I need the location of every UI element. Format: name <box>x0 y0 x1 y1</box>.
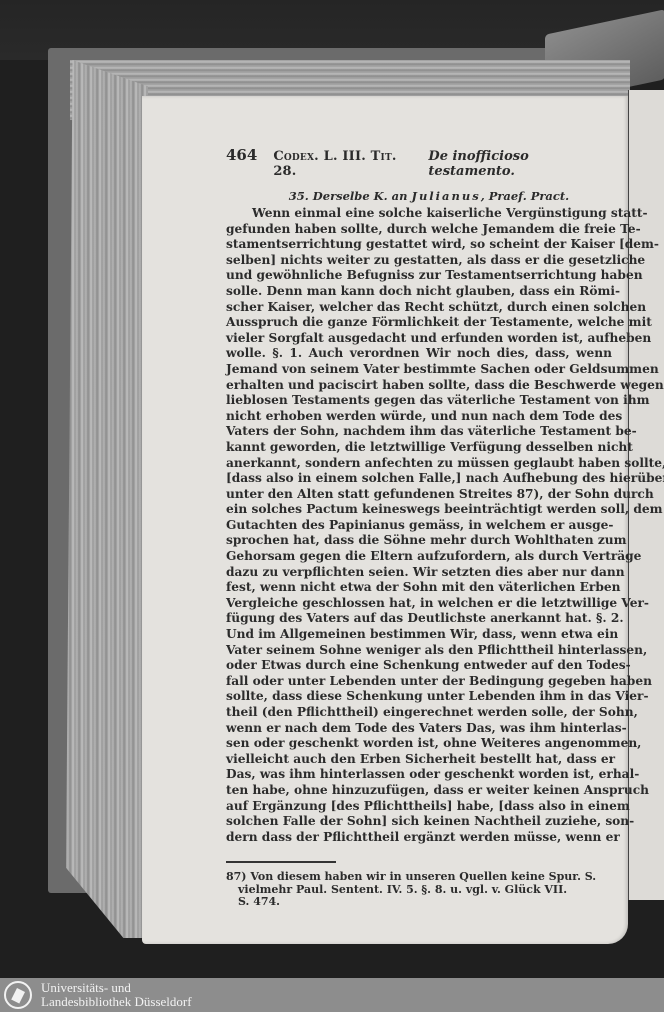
text-line: lieblosen Testaments gegen das väterlich… <box>226 393 612 409</box>
text-line: sprochen hat, dass die Söhne mehr durch … <box>226 533 612 549</box>
page-number: 464 <box>226 146 257 164</box>
text-line: Vaters der Sohn, nachdem ihm das väterli… <box>226 424 612 440</box>
text-line: Vater seinem Sohne weniger als den Pflic… <box>226 643 612 659</box>
text-line: theil (den Pflichttheil) eingerechnet we… <box>226 705 612 721</box>
running-head: 464 Codex. L. III. Tit. 28. De inofficio… <box>226 146 612 179</box>
text-line: Jemand von seinem Vater bestimmte Sachen… <box>226 362 612 378</box>
section-title-suffix: , Praef. Pract. <box>481 189 570 203</box>
text-line: oder Etwas durch eine Schenkung entweder… <box>226 658 612 674</box>
text-line: selben] nichts weiter zu gestatten, als … <box>226 253 612 269</box>
text-line: Das, was ihm hinterlassen oder geschenkt… <box>226 767 612 783</box>
library-name-line2: Landesbibliothek Düsseldorf <box>41 995 192 1009</box>
codex-reference: Codex. L. III. Tit. 28. <box>273 149 418 179</box>
text-line: ein solches Pactum keineswegs beeinträch… <box>226 502 612 518</box>
text-line: und gewöhnliche Befugniss zur Testaments… <box>226 268 612 284</box>
footnote-line: 87) Von diesem haben wir in unseren Quel… <box>226 871 612 883</box>
library-footer-bar: Universitäts- und Landesbibliothek Düsse… <box>0 978 664 1012</box>
text-line: Gehorsam gegen die Eltern aufzufordern, … <box>226 549 612 565</box>
text-line: sollte, dass diese Schenkung unter Leben… <box>226 689 612 705</box>
text-line: fügung des Vaters auf das Deutlichste an… <box>226 611 612 627</box>
text-line: wolle. §. 1. Auch verordnen Wir noch die… <box>226 346 612 362</box>
text-line: Wenn einmal eine solche kaiserliche Verg… <box>226 206 612 222</box>
text-line: Und im Allgemeinen bestimmen Wir, dass, … <box>226 627 612 643</box>
text-line: fest, wenn nicht etwa der Sohn mit den v… <box>226 580 612 596</box>
footnote: 87) Von diesem haben wir in unseren Quel… <box>226 871 612 908</box>
book-icon <box>3 980 33 1010</box>
text-line: sen oder geschenkt worden ist, ohne Weit… <box>226 736 612 752</box>
text-line: dern dass der Pflichttheil ergänzt werde… <box>226 830 612 846</box>
section-title-name: Julianus <box>412 189 481 203</box>
text-line: anerkannt, sondern anfechten zu müssen g… <box>226 456 612 472</box>
footnote-line: S. 474. <box>226 896 612 908</box>
running-title: De inofficioso testamento. <box>428 149 612 179</box>
section-title: 35. Derselbe K. an Julianus, Praef. Prac… <box>226 189 612 203</box>
section-title-prefix: 35. Derselbe K. an <box>289 189 408 203</box>
text-line: gefunden haben sollte, durch welche Jema… <box>226 222 612 238</box>
text-line: nicht erhoben werden würde, und nun nach… <box>226 409 612 425</box>
text-line: [dass also in einem solchen Falle,] nach… <box>226 471 612 487</box>
text-line: unter den Alten statt gefundenen Streite… <box>226 487 612 503</box>
library-name-line1: Universitäts- und <box>41 981 192 995</box>
text-line: vielleicht auch den Erben Sicherheit bes… <box>226 752 612 768</box>
text-line: stamentserrichtung gestattet wird, so sc… <box>226 237 612 253</box>
text-line: Ausspruch die ganze Förmlichkeit der Tes… <box>226 315 612 331</box>
page-text-block: 464 Codex. L. III. Tit. 28. De inofficio… <box>226 146 612 909</box>
text-line: fall oder unter Lebenden unter der Bedin… <box>226 674 612 690</box>
body-text: Wenn einmal eine solche kaiserliche Verg… <box>226 206 612 845</box>
text-line: solchen Falle der Sohn] sich keinen Nach… <box>226 814 612 830</box>
text-line: solle. Denn man kann doch nicht glauben,… <box>226 284 612 300</box>
page-stack-side-edges <box>66 60 148 938</box>
text-line: ten habe, ohne hinzuzufügen, dass er wei… <box>226 783 612 799</box>
text-line: erhalten und paciscirt haben sollte, das… <box>226 378 612 394</box>
text-line: Vergleiche geschlossen hat, in welchen e… <box>226 596 612 612</box>
text-line: Gutachten des Papinianus gemäss, in welc… <box>226 518 612 534</box>
text-line: vieler Sorgfalt ausgedacht und erfunden … <box>226 331 612 347</box>
text-line: dazu zu verpflichten seien. Wir setzten … <box>226 565 612 581</box>
footnote-divider <box>226 861 336 863</box>
footnote-line: vielmehr Paul. Sentent. IV. 5. §. 8. u. … <box>226 884 612 896</box>
text-line: wenn er nach dem Tode des Vaters Das, wa… <box>226 721 612 737</box>
library-name: Universitäts- und Landesbibliothek Düsse… <box>41 981 192 1009</box>
text-line: kannt geworden, die letztwillige Verfügu… <box>226 440 612 456</box>
text-line: auf Ergänzung [des Pflichttheils] habe, … <box>226 799 612 815</box>
text-line: scher Kaiser, welcher das Recht schützt,… <box>226 300 612 316</box>
